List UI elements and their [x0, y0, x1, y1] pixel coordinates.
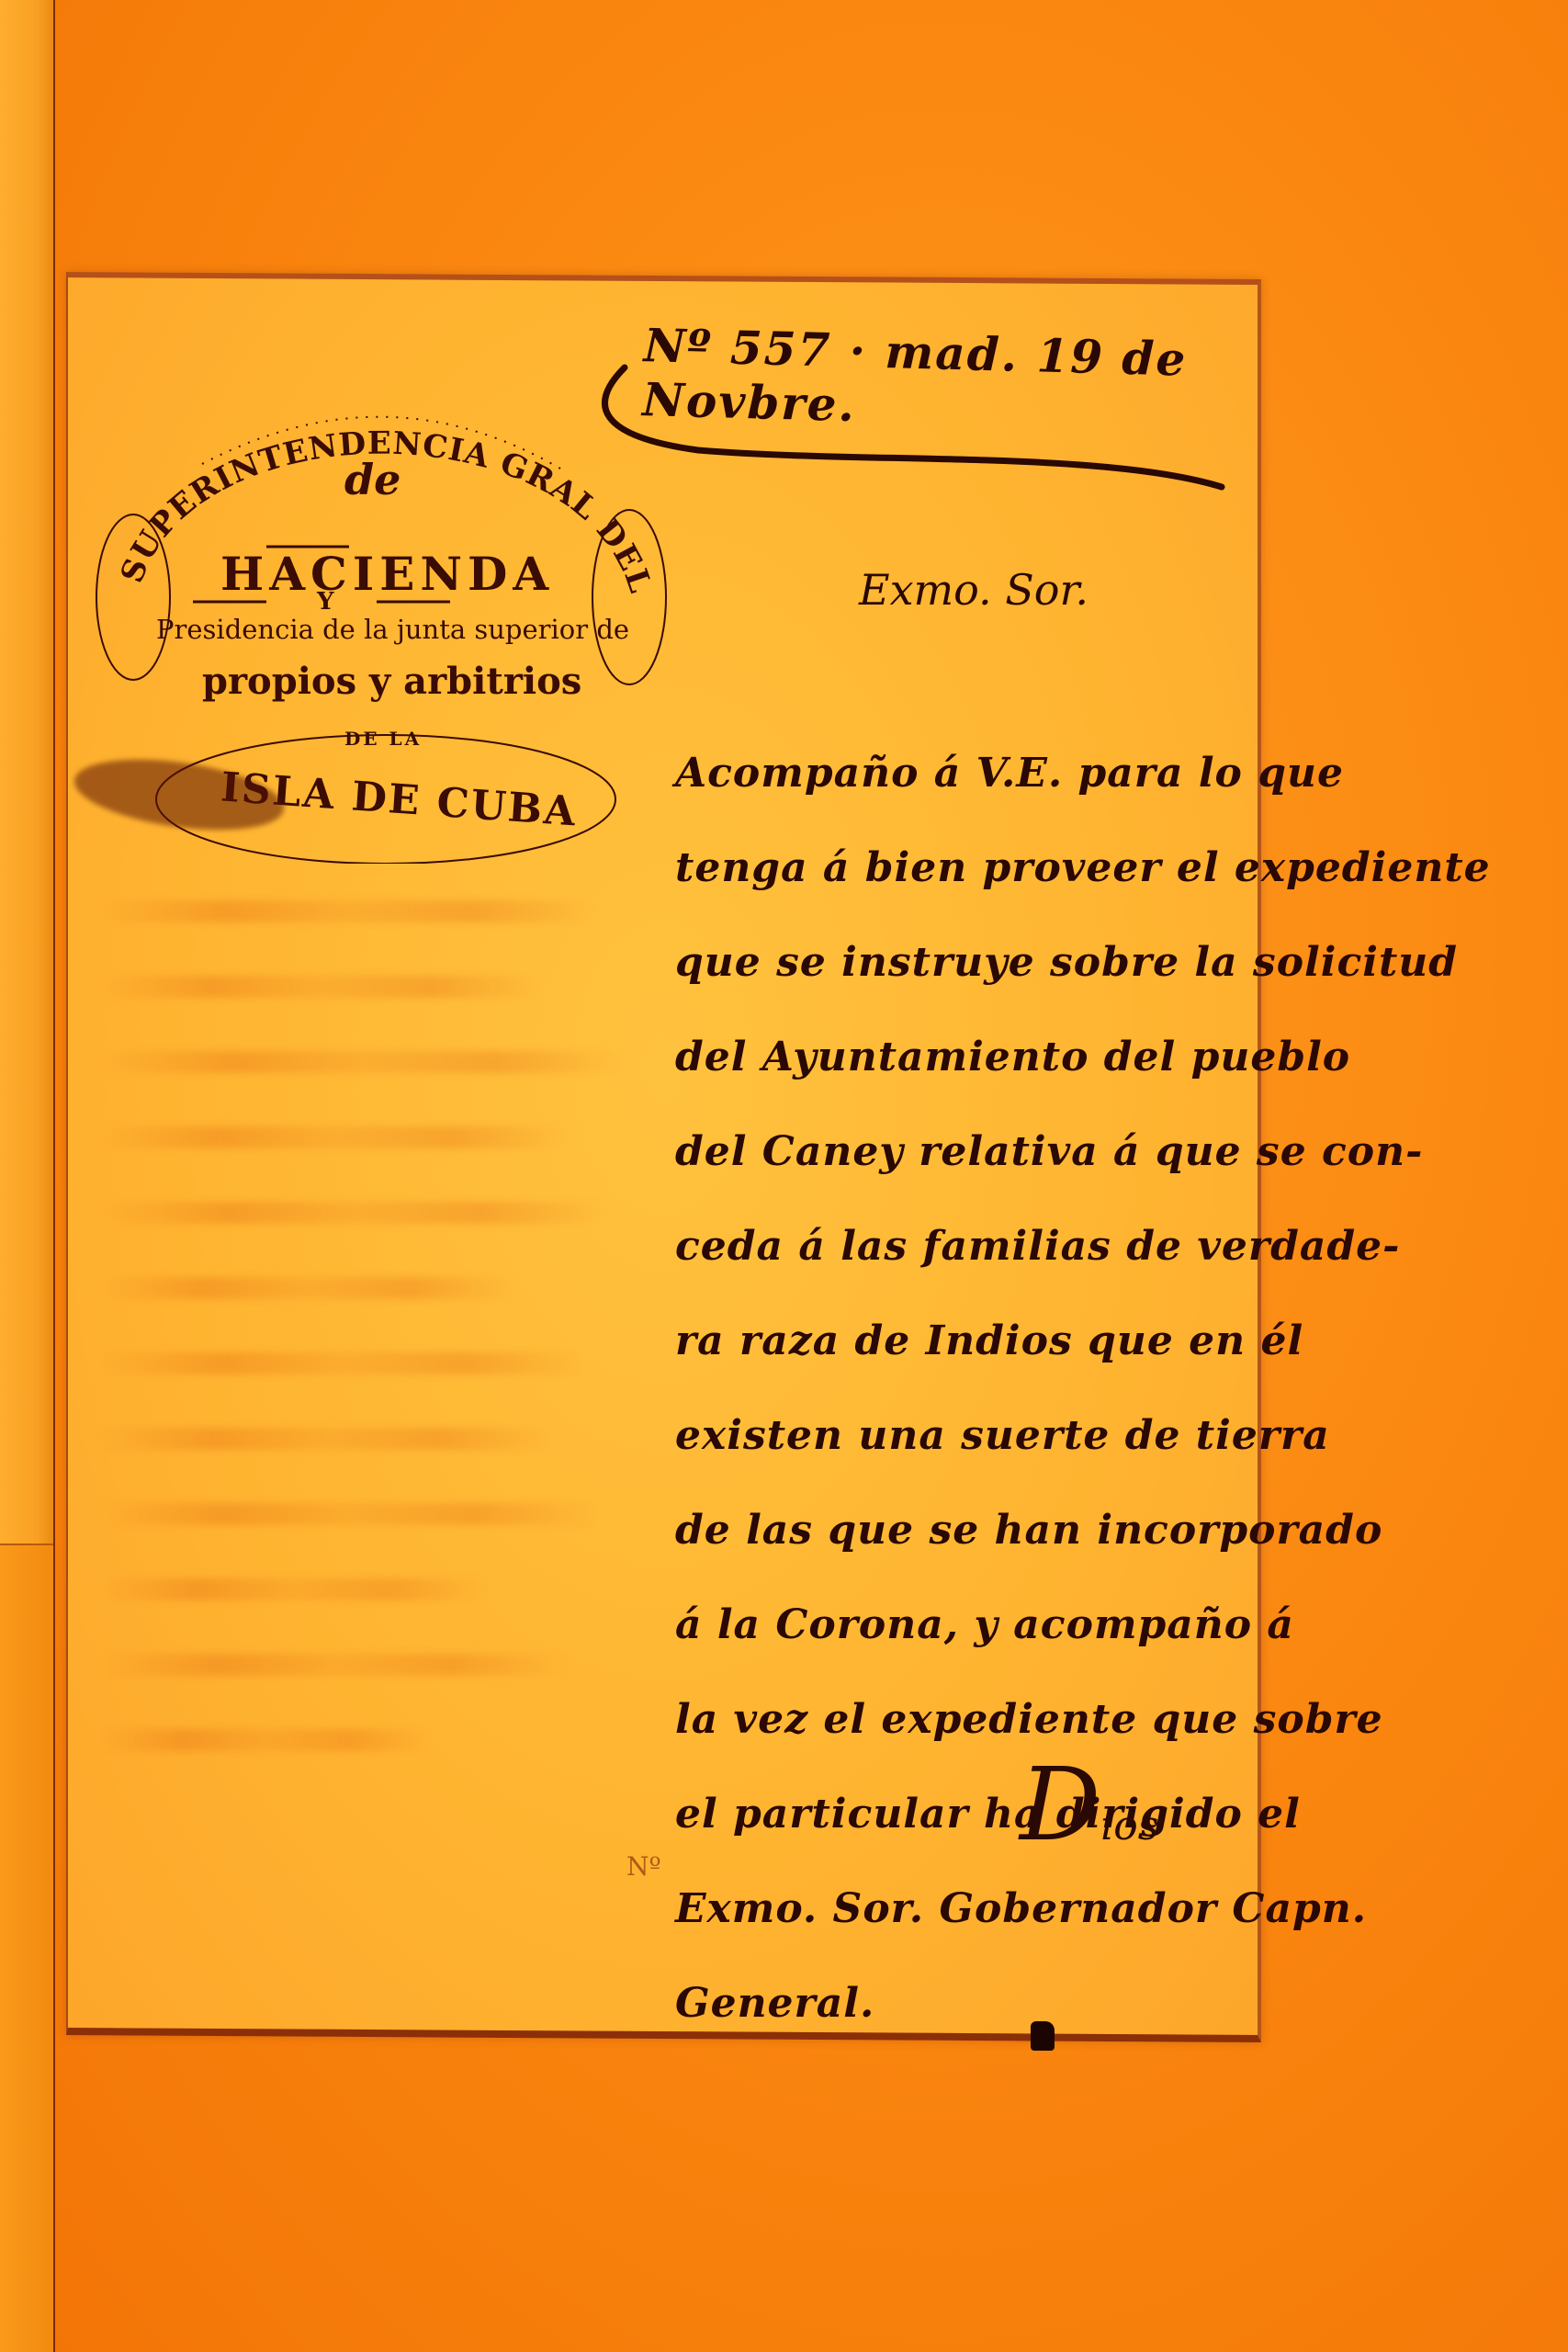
letterhead-de-la: DE LA [344, 728, 422, 750]
closing-rest: ios [1100, 1803, 1158, 1849]
ink-blot-mark [1031, 2021, 1055, 2051]
body-line: que se instruye sobre la solicitud [675, 915, 1300, 1010]
body-line: tenga á bien proveer el expediente [675, 820, 1300, 915]
closing-dios: Dios [1020, 1746, 1158, 1863]
body-line: ceda á las familias de verdade- [675, 1199, 1300, 1294]
margin-note: Nº [626, 1851, 661, 1882]
body-line: del Caney relativa á que se con- [675, 1104, 1300, 1199]
body-line: de las que se han incorporado [675, 1483, 1300, 1577]
closing-initial: D [1020, 1746, 1100, 1863]
body-line: del Ayuntamiento del pueblo [675, 1010, 1300, 1104]
body-line: el particular ha dirigido el [675, 1767, 1300, 1861]
letterhead-hacienda: HACIENDA [220, 547, 554, 601]
body-line: existen una suerte de tierra [675, 1388, 1300, 1483]
reference-number-date: Nº 557 · mad. 19 de Novbre. [642, 318, 1269, 443]
bleed-through-text [101, 900, 652, 1819]
body-line: la vez el expediente que sobre [675, 1672, 1300, 1767]
letterhead-y: Y [317, 588, 334, 616]
body-line: á la Corona, y acompaño á [675, 1577, 1300, 1672]
body-line: Acompaño á V.E. para lo que [675, 726, 1300, 820]
letterhead-de: de [344, 455, 400, 504]
letter-body: Acompaño á V.E. para lo que tenga á bien… [675, 726, 1300, 2051]
body-line: ra raza de Indios que en él [675, 1294, 1300, 1388]
body-line: General. [675, 1956, 1300, 2051]
letterhead-presidencia: Presidencia de la junta superior de [156, 614, 629, 645]
letterhead-stamp: SUPERINTENDENCIA GRAL DELEGADA de HACIEN… [83, 367, 680, 864]
salutation: Exmo. Sor. [859, 565, 1089, 615]
body-line: Exmo. Sor. Gobernador Capn. [675, 1861, 1300, 1956]
letterhead-propios: propios y arbitrios [202, 660, 581, 703]
adjacent-page-edge [0, 0, 55, 2352]
adjacent-page-fold [0, 1543, 53, 2352]
